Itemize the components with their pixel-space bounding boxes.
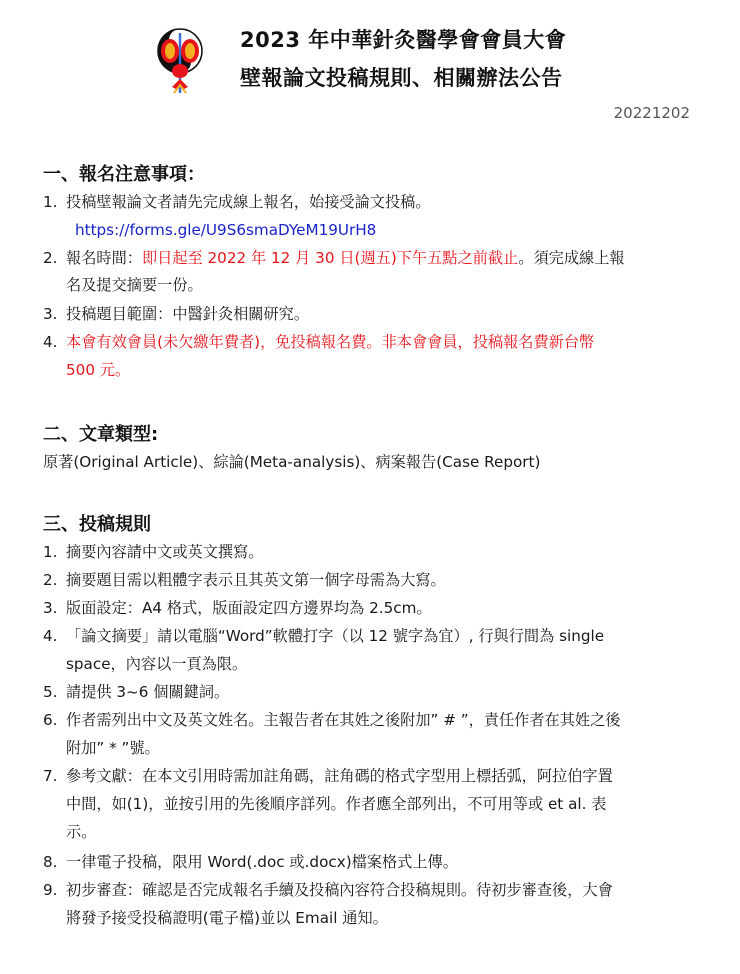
list-number: 5. (43, 682, 58, 702)
document-title-line2: 壁報論文投稿規則、相關辦法公告 (240, 62, 563, 92)
document-date: 20221202 (614, 104, 690, 122)
list-item-text: 作者需列出中文及英文姓名。主報告者在其姓之後附加” # ”，責任作者在其姓之後 (66, 710, 621, 730)
list-item-text: 請提供 3~6 個關鍵詞。 (66, 682, 229, 702)
list-number: 1. (43, 192, 58, 212)
list-item-text: 版面設定：A4 格式，版面設定四方邊界均為 2.5cm。 (66, 598, 432, 618)
list-item-text: 中間，如(1)，並按引用的先後順序詳列。作者應全部列出，不可用等或 et al.… (66, 794, 606, 814)
list-number: 2. (43, 248, 58, 268)
list-number: 9. (43, 880, 58, 900)
document-header: 2023 年中華針灸醫學會會員大會 壁報論文投稿規則、相關辦法公告 (0, 0, 740, 100)
association-logo-icon (154, 27, 210, 99)
list-item-text: 初步審查：確認是否完成報名手續及投稿內容符合投稿規則。待初步審查後，大會 (66, 880, 613, 900)
fee-notice-text: 本會有效會員(未欠繳年費者)，免投稿報名費。非本會會員，投稿報名費新台幣 (66, 332, 594, 352)
list-item-text: 名及提交摘要一份。 (66, 275, 203, 295)
list-number: 6. (43, 710, 58, 730)
list-item-text: 摘要內容請中文或英文撰寫。 (66, 542, 263, 562)
list-item-text: 「論文摘要」請以電腦“Word”軟體打字（以 12 號字為宜）, 行與行間為 s… (66, 626, 604, 646)
list-item-text: 附加” * ”號。 (66, 738, 160, 758)
list-number: 8. (43, 852, 58, 872)
list-item-text: 將發予接受投稿證明(電子檔)並以 Email 通知。 (66, 908, 388, 928)
list-item-text: 一律電子投稿，限用 Word(.doc 或.docx)檔案格式上傳。 (66, 852, 458, 872)
article-types-text: 原著(Original Article)、綜論(Meta-analysis)、病… (43, 452, 540, 472)
section-heading-article-types: 二、文章類型: (43, 420, 158, 446)
section-heading-registration: 一、報名注意事項： (43, 160, 205, 186)
list-item-text: 報名時間：即日起至 2022 年 12 月 30 日(週五)下午五點之前截止。須… (66, 248, 625, 268)
list-item-text: 示。 (66, 822, 96, 842)
list-item-text: 投稿題目範圍：中醫針灸相關研究。 (66, 304, 309, 324)
list-item-text: space，內容以一頁為限。 (66, 654, 247, 674)
document-title-line1: 2023 年中華針灸醫學會會員大會 (240, 24, 566, 54)
list-number: 7. (43, 766, 58, 786)
list-number: 2. (43, 570, 58, 590)
deadline-text: 即日起至 2022 年 12 月 30 日(週五)下午五點之前截止 (142, 249, 518, 267)
list-number: 1. (43, 542, 58, 562)
list-item-rest: 。須完成線上報 (518, 249, 624, 267)
registration-form-link[interactable]: https://forms.gle/U9S6smaDYeM19UrH8 (75, 220, 376, 240)
list-item-text: 投稿壁報論文者請先完成線上報名，始接受論文投稿。 (66, 192, 431, 212)
list-number: 4. (43, 626, 58, 646)
list-number: 3. (43, 304, 58, 324)
list-number: 4. (43, 332, 58, 352)
list-item-text: 參考文獻：在本文引用時需加註角碼，註角碼的格式字型用上標括弧，阿拉伯字置 (66, 766, 613, 786)
fee-notice-text: 500 元。 (66, 360, 130, 380)
label: 報名時間： (66, 249, 142, 267)
list-number: 3. (43, 598, 58, 618)
list-item-text: 摘要題目需以粗體字表示且其英文第一個字母需為大寫。 (66, 570, 446, 590)
section-heading-submission-rules: 三、投稿規則 (43, 510, 151, 536)
